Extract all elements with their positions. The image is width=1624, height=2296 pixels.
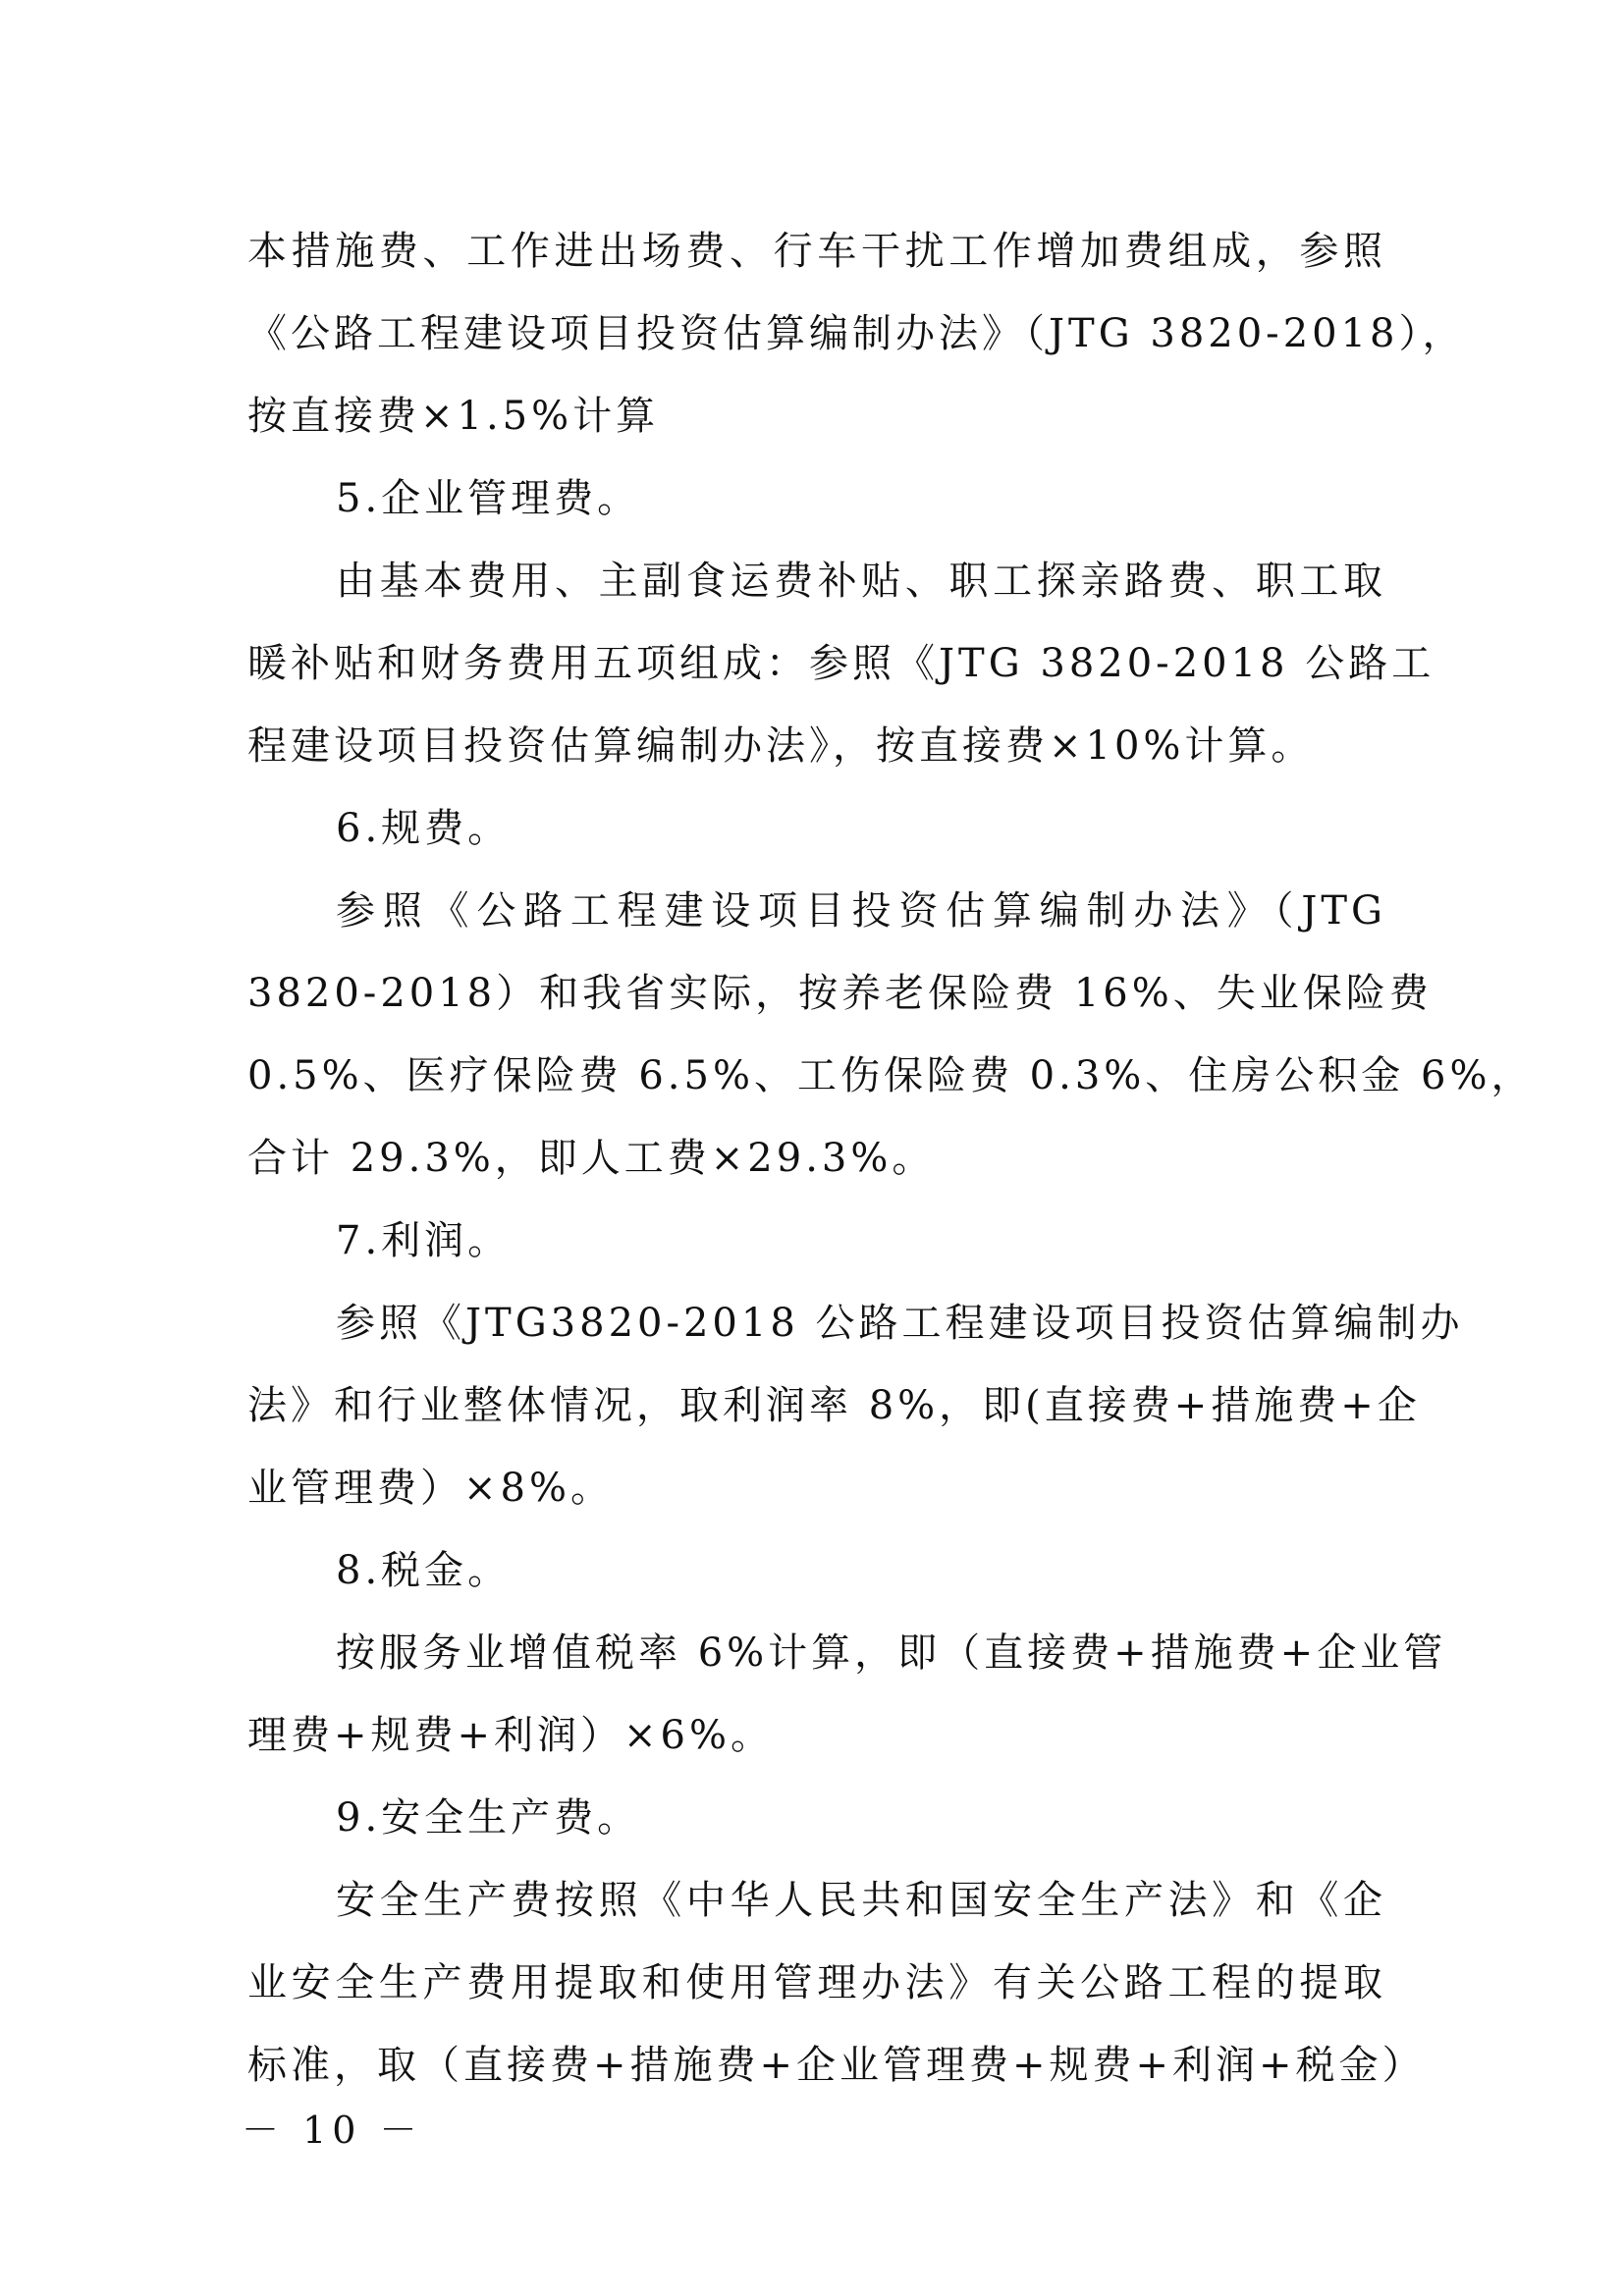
paragraph-line: 业安全生产费用提取和使用管理办法》有关公路工程的提取 bbox=[247, 1942, 1386, 2024]
paragraph-line: 法》和行业整体情况，取利润率 8%，即(直接费+措施费+企 bbox=[247, 1364, 1386, 1447]
section-heading-8: 8.税金。 bbox=[247, 1529, 1386, 1612]
section-heading-6: 6.规费。 bbox=[247, 787, 1386, 870]
paragraph-line: 参照《JTG3820-2018 公路工程建设项目投资估算编制办 bbox=[247, 1282, 1386, 1364]
paragraph-line: 《公路工程建设项目投资估算编制办法》（JTG 3820-2018）， bbox=[247, 293, 1386, 375]
paragraph-line: 安全生产费按照《中华人民共和国安全生产法》和《企 bbox=[247, 1859, 1386, 1942]
paragraph-line: 按直接费×1.5%计算 bbox=[247, 375, 1386, 457]
paragraph-line: 合计 29.3%，即人工费×29.3%。 bbox=[247, 1117, 1386, 1200]
page-number: － 10 － bbox=[242, 2101, 423, 2160]
document-body: 本措施费、工作进出场费、行车干扰工作增加费组成，参照 《公路工程建设项目投资估算… bbox=[247, 210, 1386, 2107]
section-heading-5: 5.企业管理费。 bbox=[247, 457, 1386, 540]
paragraph-line: 程建设项目投资估算编制办法》，按直接费×10%计算。 bbox=[247, 705, 1386, 787]
paragraph-line: 本措施费、工作进出场费、行车干扰工作增加费组成，参照 bbox=[247, 210, 1386, 293]
paragraph-line: 按服务业增值税率 6%计算，即（直接费+措施费+企业管 bbox=[247, 1612, 1386, 1694]
paragraph-line: 参照《公路工程建设项目投资估算编制办法》（JTG bbox=[247, 870, 1386, 952]
paragraph-line: 3820-2018）和我省实际，按养老保险费 16%、失业保险费 bbox=[247, 952, 1386, 1035]
paragraph-line: 由基本费用、主副食运费补贴、职工探亲路费、职工取 bbox=[247, 540, 1386, 622]
paragraph-line: 0.5%、医疗保险费 6.5%、工伤保险费 0.3%、住房公积金 6%， bbox=[247, 1035, 1386, 1117]
paragraph-line: 理费+规费+利润）×6%。 bbox=[247, 1694, 1386, 1777]
section-heading-9: 9.安全生产费。 bbox=[247, 1777, 1386, 1859]
section-heading-7: 7.利润。 bbox=[247, 1200, 1386, 1282]
paragraph-line: 暖补贴和财务费用五项组成：参照《JTG 3820-2018 公路工 bbox=[247, 622, 1386, 705]
paragraph-line: 业管理费）×8%。 bbox=[247, 1447, 1386, 1529]
paragraph-line: 标准，取（直接费+措施费+企业管理费+规费+利润+税金） bbox=[247, 2024, 1386, 2107]
